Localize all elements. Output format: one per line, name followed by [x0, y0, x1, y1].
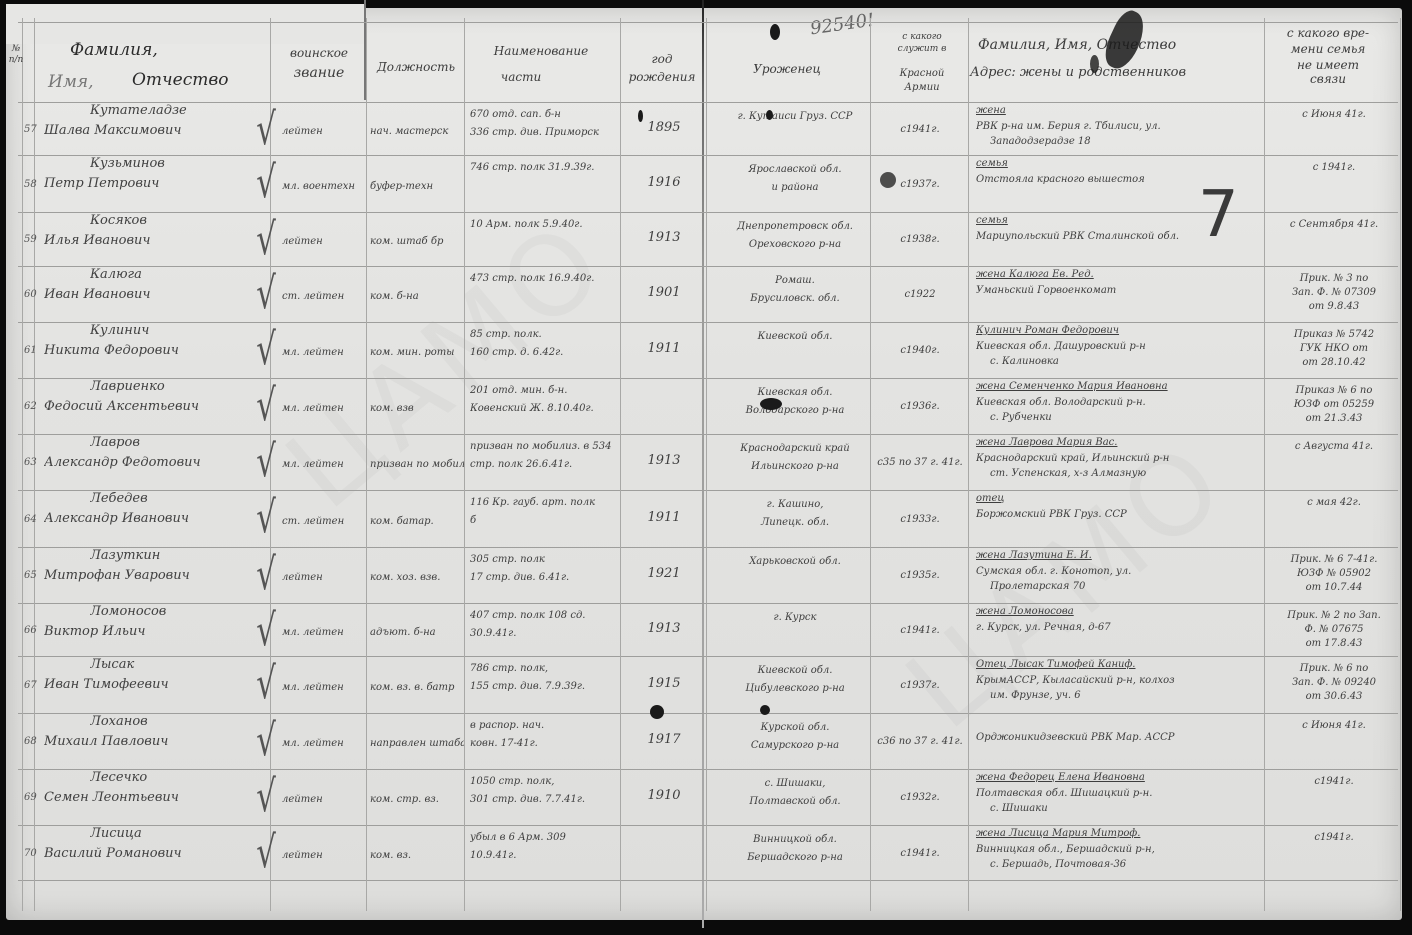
birth-year: 1915 [622, 677, 706, 691]
unit-line: 155 стр. див. 7.9.39г. [470, 680, 620, 693]
row-number: 67 [24, 679, 40, 693]
given-name-patronymic: Никита Федорович [44, 344, 270, 358]
column-divider [620, 18, 621, 911]
unit-line: 10 Арм. полк 5.9.40г. [470, 218, 620, 231]
no-contact-line: ЮЗФ от 05259 [1268, 398, 1400, 411]
row-number: 59 [24, 233, 40, 247]
origin-line: Днепропетровск обл. [720, 220, 870, 233]
origin-line: Киевской обл. [720, 330, 870, 343]
origin-line: Ярославской обл. [720, 163, 870, 176]
service-since: с36 по 37 г. 41г. [872, 735, 968, 748]
unit-line: 407 стр. полк 108 сд. [470, 609, 620, 622]
no-contact-line: Прик. № 6 7-41г. [1268, 553, 1400, 566]
row-number: 70 [24, 847, 40, 861]
row-divider [18, 769, 1398, 770]
origin-line: г. Кутаиси Груз. ССР [720, 110, 870, 123]
relatives-line: жена Семенченко Мария Ивановна [976, 380, 1262, 393]
service-since: с1940г. [872, 344, 968, 357]
military-rank: мл. лейтен [282, 681, 366, 694]
surname: Ломоносов [90, 605, 250, 619]
position: ком. б-на [370, 290, 464, 303]
origin-line: Киевская обл. [720, 386, 870, 399]
unit-line: б [470, 514, 620, 527]
header-no-contact-3: не имеет [1268, 58, 1388, 72]
checkmark-icon: √ [256, 719, 276, 763]
no-contact-line: от 9.8.43 [1268, 300, 1400, 313]
row-divider [18, 378, 1398, 379]
relatives-line: жена Лисица Мария Митроф. [976, 827, 1262, 840]
relatives-line: КрымАССР, Кыласайский р-н, колхоз [976, 674, 1262, 687]
unit-line: 786 стр. полк, [470, 662, 620, 675]
header-number: № п/п [8, 44, 24, 66]
relatives-line: Пролетарская 70 [990, 580, 1262, 593]
position: буфер-техн [370, 180, 464, 193]
birth-year: 1911 [622, 511, 706, 525]
origin-line: Харьковской обл. [720, 555, 870, 568]
row-divider [18, 266, 1398, 267]
military-rank: ст. лейтен [282, 515, 366, 528]
unit-line: 1050 стр. полк, [470, 775, 620, 788]
column-divider [22, 18, 23, 911]
no-contact-line: с Сентября 41г. [1268, 218, 1400, 231]
relatives-line: Западодзерадзе 18 [990, 135, 1262, 148]
military-rank: мл. лейтен [282, 402, 366, 415]
row-divider [18, 547, 1398, 548]
given-name-patronymic: Александр Федотович [44, 456, 270, 470]
relatives-line: с. Шишаки [990, 802, 1262, 815]
column-divider [968, 18, 969, 911]
military-rank: лейтен [282, 125, 366, 138]
given-name-patronymic: Михаил Павлович [44, 735, 270, 749]
relatives-line: отец [976, 492, 1262, 505]
no-contact-line: от 10.7.44 [1268, 581, 1400, 594]
birth-year: 1913 [622, 454, 706, 468]
relatives-line: Кулинич Роман Федорович [976, 324, 1262, 337]
relatives-line: г. Курск, ул. Речная, д-67 [976, 621, 1262, 634]
birth-year: 1913 [622, 622, 706, 636]
column-divider [870, 18, 871, 911]
row-divider [18, 490, 1398, 491]
no-contact-line: от 17.8.43 [1268, 637, 1400, 650]
no-contact-line: с 1941г. [1268, 161, 1400, 174]
header-origin: Уроженец [712, 62, 862, 76]
birth-year: 1913 [622, 231, 706, 245]
header-unit-2: части [466, 70, 576, 84]
no-contact-line: ЮЗФ № 05902 [1268, 567, 1400, 580]
unit-line: 746 стр. полк 31.9.39г. [470, 161, 620, 174]
relatives-line: Полтавская обл. Шишацкий р-н. [976, 787, 1262, 800]
row-divider [18, 155, 1398, 156]
given-name-patronymic: Шалва Максимович [44, 124, 270, 138]
surname: Лоханов [90, 715, 250, 729]
unit-line: призван по мобилиз. в 534 [470, 440, 620, 453]
position: ком. стр. вз. [370, 793, 464, 806]
relatives-line: жена Федорец Елена Ивановна [976, 771, 1262, 784]
position: ком. вз. в. батр [370, 681, 464, 694]
origin-line: Ореховского р-на [720, 238, 870, 251]
military-rank: лейтен [282, 793, 366, 806]
relatives-line: Винницкая обл., Бершадский р-н, [976, 843, 1262, 856]
relatives-line: семья [976, 157, 1262, 170]
service-since: с1922 [872, 288, 968, 301]
origin-line: с. Шишаки, [720, 777, 870, 790]
unit-line: в распор. нач. [470, 719, 620, 732]
row-number: 58 [24, 178, 40, 192]
birth-year: 1916 [622, 176, 706, 190]
row-divider [18, 825, 1398, 826]
given-name-patronymic: Петр Петрович [44, 177, 270, 191]
military-rank: мл. воентехн [282, 180, 366, 193]
row-number: 62 [24, 400, 40, 414]
given-name-patronymic: Иван Иванович [44, 288, 270, 302]
given-name-patronymic: Семен Леонтьевич [44, 791, 270, 805]
service-since: с1941г. [872, 847, 968, 860]
unit-line: 17 стр. див. 6.41г. [470, 571, 620, 584]
row-divider [18, 656, 1398, 657]
row-divider [18, 322, 1398, 323]
birth-year: 1910 [622, 789, 706, 803]
checkmark-icon: √ [256, 775, 276, 819]
origin-line: Киевской обл. [720, 664, 870, 677]
no-contact-line: от 30.6.43 [1268, 690, 1400, 703]
origin-line: Брусиловск. обл. [720, 292, 870, 305]
unit-line: 336 стр. див. Приморск [470, 126, 620, 139]
birth-year: 1911 [622, 342, 706, 356]
given-name-patronymic: Митрофан Уварович [44, 569, 270, 583]
service-since: с1941г. [872, 123, 968, 136]
column-divider [366, 18, 367, 911]
row-divider [18, 102, 1398, 103]
checkmark-icon: √ [256, 831, 276, 875]
unit-line: 670 отд. сап. б-н [470, 108, 620, 121]
surname: Лазуткин [90, 549, 250, 563]
column-divider [464, 18, 465, 911]
unit-line: 116 Кр. гауб. арт. полк [470, 496, 620, 509]
column-divider [1400, 18, 1401, 911]
service-since: с1938г. [872, 233, 968, 246]
origin-line: Бершадского р-на [720, 851, 870, 864]
unit-line: 85 стр. полк. [470, 328, 620, 341]
header-no-contact-2: мени семья [1268, 42, 1388, 56]
relatives-line: Орджоникидзевский РВК Мар. АССР [976, 731, 1262, 744]
military-rank: лейтен [282, 849, 366, 862]
relatives-line: Сумская обл. г. Конотоп, ул. [976, 565, 1262, 578]
surname: Калюга [90, 268, 250, 282]
relatives-line: жена Калюга Ев. Ред. [976, 268, 1262, 281]
unit-line: 30.9.41г. [470, 627, 620, 640]
no-contact-line: с Августа 41г. [1268, 440, 1400, 453]
row-divider [18, 212, 1398, 213]
row-divider [18, 713, 1398, 714]
no-contact-line: Приказ № 5742 [1268, 328, 1400, 341]
header-unit-1: Наименование [466, 44, 616, 58]
column-divider [1264, 18, 1265, 911]
position: ком. батар. [370, 515, 464, 528]
row-number: 63 [24, 456, 40, 470]
checkmark-icon: √ [256, 108, 276, 152]
origin-line: Курской обл. [720, 721, 870, 734]
surname: Лысак [90, 658, 250, 672]
surname: Лисица [90, 827, 250, 841]
surname: Кулинич [90, 324, 250, 338]
no-contact-line: Приказ № 6 по [1268, 384, 1400, 397]
position: ком. штаб бр [370, 235, 464, 248]
origin-line: г. Кашино, [720, 498, 870, 511]
unit-line: 305 стр. полк [470, 553, 620, 566]
origin-line: Липецк. обл. [720, 516, 870, 529]
checkmark-icon: √ [256, 609, 276, 653]
header-service-3: Красной [874, 68, 970, 79]
military-rank: мл. лейтен [282, 737, 366, 750]
origin-line: Винницкой обл. [720, 833, 870, 846]
header-service-2: служит в [874, 44, 970, 55]
service-since: с1932г. [872, 791, 968, 804]
relatives-line: Уманьский Горвоенкомат [976, 284, 1262, 297]
relatives-line: Краснодарский край, Ильинский р-н [976, 452, 1262, 465]
row-divider [18, 434, 1398, 435]
position: ком. хоз. взв. [370, 571, 464, 584]
origin-line: Ромаш. [720, 274, 870, 287]
checkmark-icon: √ [256, 662, 276, 706]
relatives-line: РВК р-на им. Берия г. Тбилиси, ул. [976, 120, 1262, 133]
no-contact-line: Прик. № 6 по [1268, 662, 1400, 675]
margin-mark: 7 [1198, 178, 1239, 252]
relatives-line: с. Бершадь, Почтовая-36 [990, 858, 1262, 871]
position: ком. взв [370, 402, 464, 415]
unit-line: Ковенский Ж. 8.10.40г. [470, 402, 620, 415]
relatives-line: Боржомский РВК Груз. ССР [976, 508, 1262, 521]
relatives-line: с. Калиновка [990, 355, 1262, 368]
no-contact-line: с1941г. [1268, 831, 1400, 844]
position: призван по мобилиз. [370, 458, 464, 471]
header-patronymic: Отчество [132, 70, 252, 90]
given-name-patronymic: Илья Иванович [44, 234, 270, 248]
position: направлен штаба [370, 737, 464, 750]
relatives-line: с. Рубченки [990, 411, 1262, 424]
checkmark-icon: √ [256, 328, 276, 372]
origin-line: Самурского р-на [720, 739, 870, 752]
origin-line: Цибулевского р-на [720, 682, 870, 695]
row-number: 69 [24, 791, 40, 805]
relatives-line: жена Ломоносова [976, 605, 1262, 618]
military-rank: лейтен [282, 571, 366, 584]
surname: Лебедев [90, 492, 250, 506]
checkmark-icon: √ [256, 553, 276, 597]
position: адъют. б-на [370, 626, 464, 639]
surname: Косяков [90, 214, 250, 228]
header-position: Должность [368, 60, 464, 74]
given-name-patronymic: Василий Романович [44, 847, 270, 861]
birth-year: 1917 [622, 733, 706, 747]
row-divider [18, 880, 1398, 881]
row-number: 68 [24, 735, 40, 749]
military-rank: мл. лейтен [282, 626, 366, 639]
service-since: с1941г. [872, 624, 968, 637]
no-contact-line: Прик. № 2 по Зап. [1268, 609, 1400, 622]
row-number: 57 [24, 123, 40, 137]
no-contact-line: от 21.3.43 [1268, 412, 1400, 425]
header-surname: Фамилия, [70, 40, 190, 60]
header-no-contact-1: с какого вре- [1268, 26, 1388, 40]
no-contact-line: ГУК НКО от [1268, 342, 1400, 355]
header-given-name: Имя, [48, 72, 108, 92]
service-since: с1933г. [872, 513, 968, 526]
origin-line: Краснодарский край [720, 442, 870, 455]
surname: Лесечко [90, 771, 250, 785]
surname: Лавров [90, 436, 250, 450]
header-service-1: с какого [874, 32, 970, 43]
origin-line: Полтавской обл. [720, 795, 870, 808]
unit-line: 160 стр. д. 6.42г. [470, 346, 620, 359]
row-number: 66 [24, 624, 40, 638]
checkmark-icon: √ [256, 384, 276, 428]
no-contact-line: Ф. № 07675 [1268, 623, 1400, 636]
no-contact-line: с1941г. [1268, 775, 1400, 788]
relatives-line: Киевская обл. Дашуровский р-н [976, 340, 1262, 353]
relatives-line: им. Фрунзе, уч. 6 [990, 689, 1262, 702]
row-number: 61 [24, 344, 40, 358]
military-rank: лейтен [282, 235, 366, 248]
no-contact-line: от 28.10.42 [1268, 356, 1400, 369]
given-name-patronymic: Виктор Ильич [44, 625, 270, 639]
unit-line: 473 стр. полк 16.9.40г. [470, 272, 620, 285]
unit-line: 201 отд. мин. б-н. [470, 384, 620, 397]
unit-line: 301 стр. див. 7.7.41г. [470, 793, 620, 806]
service-since: с1936г. [872, 400, 968, 413]
position: ком. вз. [370, 849, 464, 862]
relatives-line: ст. Успенская, х-з Алмазную [990, 467, 1262, 480]
birth-year: 1901 [622, 286, 706, 300]
row-divider [18, 603, 1398, 604]
unit-line: 10.9.41г. [470, 849, 620, 862]
relatives-line: жена [976, 104, 1262, 117]
unit-line: стр. полк 26.6.41г. [470, 458, 620, 471]
column-divider [706, 18, 707, 911]
header-rank-2: звание [274, 66, 364, 80]
unit-line: убыл в 6 Арм. 309 [470, 831, 620, 844]
row-number: 60 [24, 288, 40, 302]
surname: Кузьминов [90, 157, 250, 171]
origin-line: г. Курск [720, 611, 870, 624]
header-no-contact-4: связи [1268, 72, 1388, 86]
no-contact-line: Зап. Ф. № 09240 [1268, 676, 1400, 689]
row-number: 65 [24, 569, 40, 583]
origin-line: Ильинского р-на [720, 460, 870, 473]
position: нач. мастерск [370, 125, 464, 138]
service-since: с35 по 37 г. 41г. [872, 456, 968, 469]
no-contact-line: Прик. № 3 по [1268, 272, 1400, 285]
checkmark-icon: √ [256, 496, 276, 540]
given-name-patronymic: Иван Тимофеевич [44, 678, 270, 692]
relatives-line: жена Лаврова Мария Вас. [976, 436, 1262, 449]
birth-year: 1895 [622, 121, 706, 135]
birth-year: 1921 [622, 567, 706, 581]
checkmark-icon: √ [256, 218, 276, 262]
origin-line: Володарского р-на [720, 404, 870, 417]
header-rank-1: воинское [274, 46, 364, 60]
no-contact-line: с Июня 41г. [1268, 719, 1400, 732]
header-birth-1: год [622, 52, 702, 66]
unit-line: ковн. 17-41г. [470, 737, 620, 750]
checkmark-icon: √ [256, 440, 276, 484]
header-birth-2: рождения [622, 70, 702, 84]
row-divider [18, 22, 1398, 23]
service-since: с1937г. [872, 679, 968, 692]
surname: Кутателадзе [90, 104, 250, 118]
no-contact-line: с Июня 41г. [1268, 108, 1400, 121]
row-number: 64 [24, 513, 40, 527]
given-name-patronymic: Федосий Аксентьевич [44, 400, 270, 414]
military-rank: ст. лейтен [282, 290, 366, 303]
position: ком. мин. роты [370, 346, 464, 359]
origin-line: и района [720, 181, 870, 194]
checkmark-icon: √ [256, 272, 276, 316]
given-name-patronymic: Александр Иванович [44, 512, 270, 526]
header-relatives-2: Адрес: жены и родственников [970, 66, 1250, 80]
checkmark-icon: √ [256, 161, 276, 205]
relatives-line: жена Лазутина Е. И. [976, 549, 1262, 562]
no-contact-line: Зап. Ф. № 07309 [1268, 286, 1400, 299]
military-rank: мл. лейтен [282, 346, 366, 359]
relatives-line: Киевская обл. Володарский р-н. [976, 396, 1262, 409]
no-contact-line: с мая 42г. [1268, 496, 1400, 509]
military-rank: мл. лейтен [282, 458, 366, 471]
relatives-line: Отец Лысак Тимофей Каниф. [976, 658, 1262, 671]
service-since: с1935г. [872, 569, 968, 582]
surname: Лавриенко [90, 380, 250, 394]
header-service-4: Армии [874, 82, 970, 93]
